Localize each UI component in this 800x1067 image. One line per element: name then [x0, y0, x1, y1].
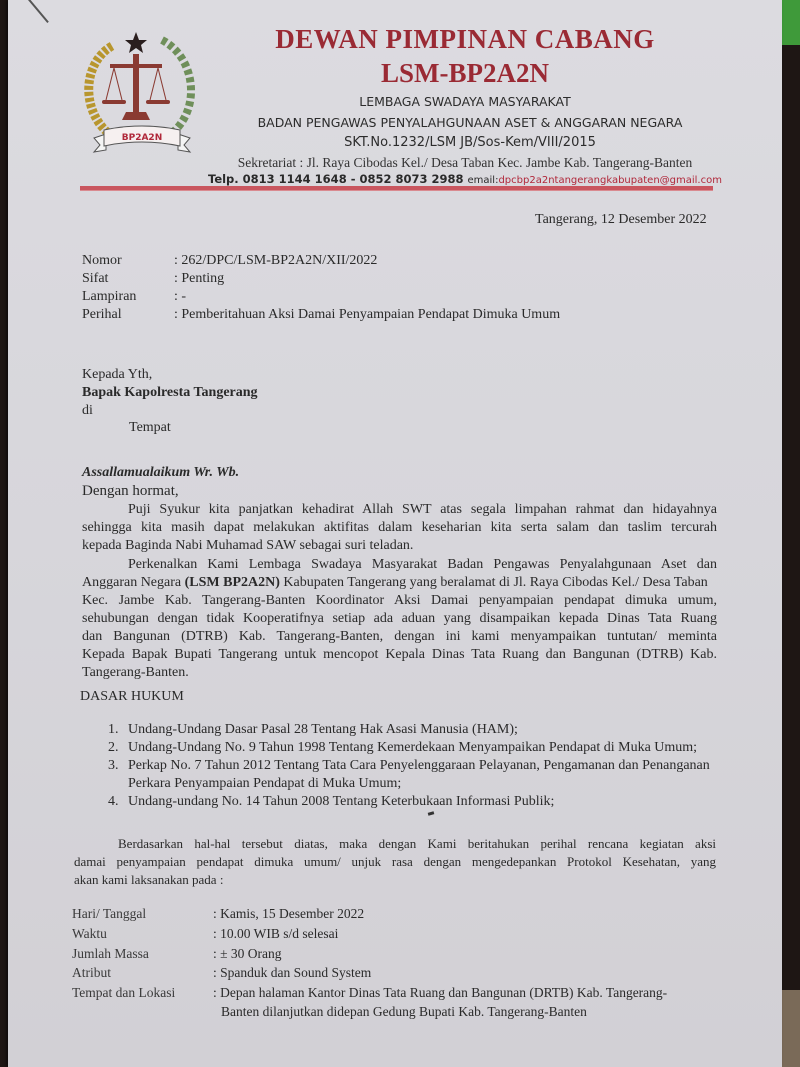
org-abbrev: (LSM BP2A2N) [185, 575, 280, 590]
background-green-object [782, 0, 800, 45]
meta-label-perihal: Perihal [82, 307, 122, 323]
paragraph1-line: kepada Baginda Nabi Muhamad SAW sebagai … [82, 538, 413, 554]
place-date: Tangerang, 12 Desember 2022 [535, 212, 707, 228]
legal-item-text: Undang-Undang No. 9 Tahun 1998 Tentang K… [128, 740, 697, 756]
svg-text:BP2A2N: BP2A2N [122, 133, 162, 143]
paragraph2-line: Tangerang-Banten. [82, 665, 189, 681]
paragraph2-line: sehubungan dengan tidak Kooperatifnya se… [82, 611, 717, 627]
meta-value-lampiran: : - [174, 289, 186, 305]
paragraph3-line: akan kami laksanakan pada : [74, 872, 223, 888]
detail-value-time: : 10.00 WIB s/d selesai [213, 926, 338, 942]
detail-label-date: Hari/ Tanggal [72, 906, 146, 922]
opening: Dengan hormat, [82, 483, 179, 500]
legal-item-text: Undang-Undang Dasar Pasal 28 Tentang Hak… [128, 722, 518, 738]
letterhead-address: Sekretariat : Jl. Raya Cibodas Kel./ Des… [210, 155, 720, 171]
letterhead-title: DEWAN PIMPINAN CABANG [225, 24, 705, 55]
letterhead-registration: SKT.No.1232/LSM JB/Sos-Kem/VIII/2015 [210, 135, 730, 150]
paragraph3-line: Berdasarkan hal-hal tersebut diatas, mak… [118, 836, 716, 852]
text-span: Kabupaten Tangerang yang beralamat di Jl… [280, 575, 708, 590]
salutation: Assallamualaikum Wr. Wb. [82, 465, 239, 481]
recipient-place: Tempat [129, 420, 171, 436]
paragraph2-line: Perkenalkan Kami Lembaga Swadaya Masyara… [128, 557, 717, 573]
paragraph2-line: Kec. Jambe Kab. Tangerang-Banten Koordin… [82, 593, 717, 609]
meta-label-nomor: Nomor [82, 253, 122, 269]
legal-item-number: 2. [108, 740, 119, 756]
letterhead-contact: Telp. 0813 1144 1648 - 0852 8073 2988ema… [208, 172, 722, 186]
organization-logo-icon: BP2A2N [72, 28, 212, 158]
detail-label-location: Tempat dan Lokasi [72, 985, 175, 1001]
paragraph1-line: Puji Syukur kita panjatkan kehadirat All… [128, 502, 717, 518]
paragraph3-line: damai penyampaian pendapat dimuka umum/ … [74, 854, 716, 870]
detail-label-crowd: Jumlah Massa [72, 946, 149, 962]
detail-value-location: : Depan halaman Kantor Dinas Tata Ruang … [213, 985, 667, 1001]
legal-item-number: 4. [108, 794, 119, 810]
detail-label-time: Waktu [72, 926, 107, 942]
legal-basis-heading: DASAR HUKUM [80, 689, 184, 705]
meta-value-sifat: : Penting [174, 271, 224, 287]
legal-item-number: 3. [108, 758, 119, 774]
email-label: email: [468, 175, 499, 186]
recipient-name: Bapak Kapolresta Tangerang [82, 385, 258, 401]
recipient-at: di [82, 403, 93, 419]
legal-item-text-cont: Perkara Penyampaian Pendapat di Muka Umu… [128, 776, 401, 792]
meta-value-nomor: : 262/DPC/LSM-BP2A2N/XII/2022 [174, 253, 377, 269]
background-floor [780, 990, 800, 1067]
meta-label-lampiran: Lampiran [82, 289, 136, 305]
paragraph2-line: Anggaran Negara (LSM BP2A2N) Kabupaten T… [82, 575, 717, 591]
paragraph2-line: dan Bangunan (DTRB) Kab. Tangerang-Bante… [82, 629, 717, 645]
letterhead-divider [80, 186, 713, 191]
legal-item-number: 1. [108, 722, 119, 738]
meta-value-perihal: : Pemberitahuan Aksi Damai Penyampaian P… [174, 307, 560, 323]
letterhead-subtitle-full: BADAN PENGAWAS PENYALAHGUNAAN ASET & ANG… [210, 115, 730, 130]
text-span: Anggaran Negara [82, 575, 185, 590]
detail-value-date: : Kamis, 15 Desember 2022 [213, 906, 364, 922]
detail-label-attributes: Atribut [72, 965, 111, 981]
detail-value-crowd: : ± 30 Orang [213, 946, 282, 962]
detail-value-attributes: : Spanduk dan Sound System [213, 965, 371, 981]
legal-item-text: Perkap No. 7 Tahun 2012 Tentang Tata Car… [128, 758, 710, 774]
paragraph1-line: sehingga kita masih dapat melakukan akti… [82, 520, 717, 536]
meta-label-sifat: Sifat [82, 271, 108, 287]
pen-mark [28, 0, 49, 23]
email-address: dpcbp2a2ntangerangkabupaten@gmail.com [498, 175, 722, 186]
recipient-greeting: Kepada Yth, [82, 367, 152, 383]
phone-numbers: Telp. 0813 1144 1648 - 0852 8073 2988 [208, 172, 464, 186]
paragraph2-line: Kepada Bapak Bupati Tangerang untuk menc… [82, 647, 717, 663]
letterhead-org-name: LSM-BP2A2N [225, 58, 705, 89]
detail-value-location-cont: Banten dilanjutkan didepan Gedung Bupati… [221, 1004, 587, 1020]
letterhead-subtitle: LEMBAGA SWADAYA MASYARAKAT [225, 94, 705, 109]
legal-item-text: Undang-undang No. 14 Tahun 2008 Tentang … [128, 794, 554, 810]
